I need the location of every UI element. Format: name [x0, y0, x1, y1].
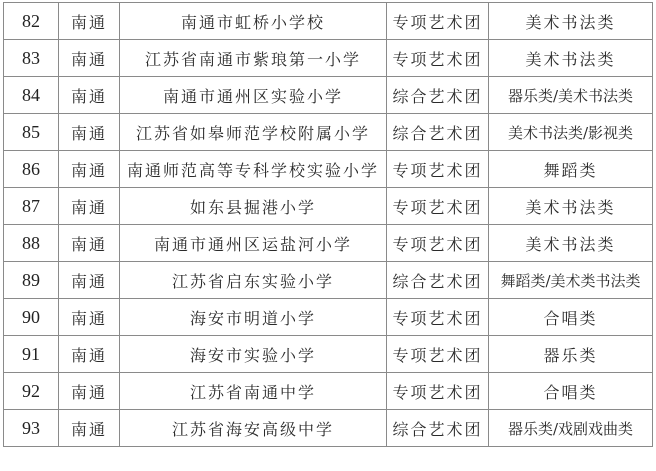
row-number: 91	[4, 336, 59, 373]
row-number: 87	[4, 188, 59, 225]
troupe-type-cell: 综合艺术团	[387, 114, 489, 151]
city-cell: 南通	[59, 188, 120, 225]
row-number: 83	[4, 40, 59, 77]
troupe-type-cell: 专项艺术团	[387, 188, 489, 225]
city-cell: 南通	[59, 336, 120, 373]
troupe-type-cell: 专项艺术团	[387, 3, 489, 40]
city-cell: 南通	[59, 114, 120, 151]
category-cell: 美术书法类	[489, 3, 653, 40]
city-cell: 南通	[59, 77, 120, 114]
table-row: 87 南通 如东县掘港小学 专项艺术团 美术书法类	[4, 188, 653, 225]
city-cell: 南通	[59, 225, 120, 262]
row-number: 93	[4, 410, 59, 447]
school-name-cell: 海安市明道小学	[120, 299, 387, 336]
category-cell: 器乐类/美术书法类	[489, 77, 653, 114]
table-row: 82 南通 南通市虹桥小学校 专项艺术团 美术书法类	[4, 3, 653, 40]
table-row: 91 南通 海安市实验小学 专项艺术团 器乐类	[4, 336, 653, 373]
table-row: 88 南通 南通市通州区运盐河小学 专项艺术团 美术书法类	[4, 225, 653, 262]
row-number: 85	[4, 114, 59, 151]
row-number: 82	[4, 3, 59, 40]
troupe-type-cell: 综合艺术团	[387, 262, 489, 299]
category-cell: 合唱类	[489, 299, 653, 336]
troupe-type-cell: 综合艺术团	[387, 410, 489, 447]
troupe-type-cell: 综合艺术团	[387, 77, 489, 114]
school-name-cell: 南通市虹桥小学校	[120, 3, 387, 40]
row-number: 88	[4, 225, 59, 262]
category-cell: 器乐类/戏剧戏曲类	[489, 410, 653, 447]
row-number: 92	[4, 373, 59, 410]
school-name-cell: 江苏省海安高级中学	[120, 410, 387, 447]
school-name-cell: 江苏省启东实验小学	[120, 262, 387, 299]
table-row: 93 南通 江苏省海安高级中学 综合艺术团 器乐类/戏剧戏曲类	[4, 410, 653, 447]
category-cell: 舞蹈类	[489, 151, 653, 188]
school-name-cell: 南通市通州区运盐河小学	[120, 225, 387, 262]
row-number: 86	[4, 151, 59, 188]
table-row: 85 南通 江苏省如皋师范学校附属小学 综合艺术团 美术书法类/影视类	[4, 114, 653, 151]
city-cell: 南通	[59, 40, 120, 77]
row-number: 84	[4, 77, 59, 114]
school-name-cell: 江苏省南通市紫琅第一小学	[120, 40, 387, 77]
school-name-cell: 江苏省南通中学	[120, 373, 387, 410]
city-cell: 南通	[59, 151, 120, 188]
troupe-type-cell: 专项艺术团	[387, 151, 489, 188]
city-cell: 南通	[59, 262, 120, 299]
category-cell: 美术书法类/影视类	[489, 114, 653, 151]
school-art-troupe-table: 82 南通 南通市虹桥小学校 专项艺术团 美术书法类 83 南通 江苏省南通市紫…	[3, 2, 653, 447]
row-number: 90	[4, 299, 59, 336]
school-name-cell: 江苏省如皋师范学校附属小学	[120, 114, 387, 151]
city-cell: 南通	[59, 373, 120, 410]
table-row: 92 南通 江苏省南通中学 专项艺术团 合唱类	[4, 373, 653, 410]
table-row: 83 南通 江苏省南通市紫琅第一小学 专项艺术团 美术书法类	[4, 40, 653, 77]
troupe-type-cell: 专项艺术团	[387, 225, 489, 262]
school-name-cell: 南通市通州区实验小学	[120, 77, 387, 114]
table-body: 82 南通 南通市虹桥小学校 专项艺术团 美术书法类 83 南通 江苏省南通市紫…	[4, 3, 653, 447]
table-row: 86 南通 南通师范高等专科学校实验小学 专项艺术团 舞蹈类	[4, 151, 653, 188]
troupe-type-cell: 专项艺术团	[387, 336, 489, 373]
category-cell: 舞蹈类/美术类书法类	[489, 262, 653, 299]
troupe-type-cell: 专项艺术团	[387, 40, 489, 77]
school-name-cell: 海安市实验小学	[120, 336, 387, 373]
troupe-type-cell: 专项艺术团	[387, 373, 489, 410]
school-name-cell: 南通师范高等专科学校实验小学	[120, 151, 387, 188]
row-number: 89	[4, 262, 59, 299]
category-cell: 合唱类	[489, 373, 653, 410]
category-cell: 美术书法类	[489, 188, 653, 225]
table-row: 89 南通 江苏省启东实验小学 综合艺术团 舞蹈类/美术类书法类	[4, 262, 653, 299]
table-row: 90 南通 海安市明道小学 专项艺术团 合唱类	[4, 299, 653, 336]
city-cell: 南通	[59, 299, 120, 336]
table-row: 84 南通 南通市通州区实验小学 综合艺术团 器乐类/美术书法类	[4, 77, 653, 114]
school-art-troupe-table-container: 82 南通 南通市虹桥小学校 专项艺术团 美术书法类 83 南通 江苏省南通市紫…	[3, 2, 653, 447]
city-cell: 南通	[59, 410, 120, 447]
category-cell: 美术书法类	[489, 225, 653, 262]
category-cell: 器乐类	[489, 336, 653, 373]
school-name-cell: 如东县掘港小学	[120, 188, 387, 225]
category-cell: 美术书法类	[489, 40, 653, 77]
troupe-type-cell: 专项艺术团	[387, 299, 489, 336]
city-cell: 南通	[59, 3, 120, 40]
